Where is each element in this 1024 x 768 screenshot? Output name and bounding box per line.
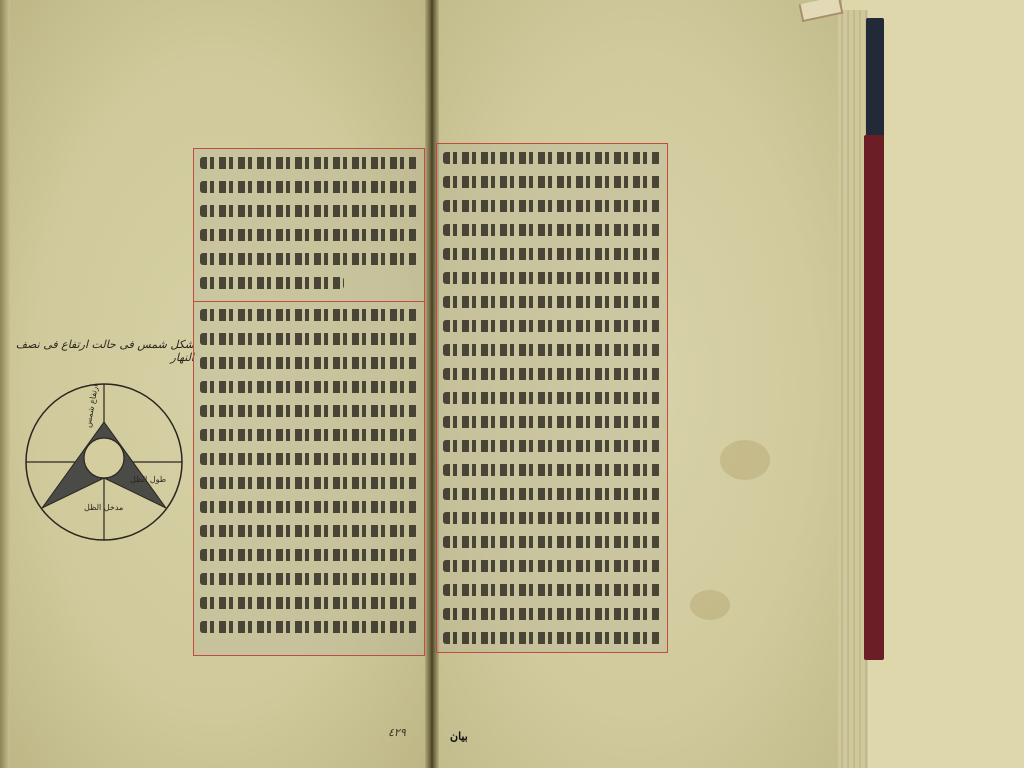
text-line	[200, 381, 418, 393]
text-line	[200, 549, 418, 561]
text-line	[443, 584, 661, 596]
open-manuscript: شکل شمس فی حالت ارتفاع فی نصف النهار ارت…	[0, 0, 890, 768]
left-page-edge	[0, 0, 10, 768]
text-line	[443, 392, 661, 404]
text-line	[200, 573, 418, 585]
label-top: ارتفاع شمس	[83, 384, 99, 429]
text-line	[443, 632, 661, 644]
text-line	[443, 536, 661, 548]
text-line	[443, 488, 661, 500]
text-line	[200, 357, 418, 369]
text-line	[443, 248, 661, 260]
text-line	[200, 501, 418, 513]
text-line	[443, 608, 661, 620]
text-line	[443, 296, 661, 308]
right-text-block	[436, 143, 668, 653]
text-line	[200, 205, 418, 217]
label-right: طول الظل	[130, 475, 166, 484]
text-line	[443, 368, 661, 380]
text-line	[443, 176, 661, 188]
text-line	[200, 181, 418, 193]
text-line	[443, 152, 661, 164]
text-line	[200, 477, 418, 489]
page-number: ٤٢٩	[388, 726, 406, 739]
text-line	[443, 464, 661, 476]
text-line	[443, 440, 661, 452]
text-line	[443, 560, 661, 572]
text-line	[443, 512, 661, 524]
text-line	[443, 224, 661, 236]
text-line	[200, 621, 418, 633]
text-line	[443, 320, 661, 332]
paper-stain	[690, 590, 730, 620]
text-line	[443, 416, 661, 428]
text-line	[200, 453, 418, 465]
left-text-block	[193, 148, 425, 656]
text-line	[443, 200, 661, 212]
text-line	[200, 253, 418, 265]
paper-stain	[720, 440, 770, 480]
catchword: بیان	[450, 730, 468, 743]
text-line	[200, 309, 418, 321]
text-line	[200, 229, 418, 241]
text-line	[200, 277, 344, 289]
text-line	[200, 157, 418, 169]
label-bottom: مدخل الظل	[84, 503, 123, 512]
text-line	[200, 525, 418, 537]
text-line	[200, 597, 418, 609]
cover-spine-red	[864, 135, 884, 660]
text-line	[443, 344, 661, 356]
sun-altitude-diagram: ارتفاع شمس طول الظل مدخل الظل	[22, 378, 186, 548]
text-line	[443, 272, 661, 284]
diagram-caption: شکل شمس فی حالت ارتفاع فی نصف النهار	[14, 338, 194, 364]
text-line	[200, 429, 418, 441]
text-line	[200, 405, 418, 417]
section-rule	[194, 301, 424, 302]
text-line	[200, 333, 418, 345]
cover-spine-blue	[866, 18, 884, 138]
